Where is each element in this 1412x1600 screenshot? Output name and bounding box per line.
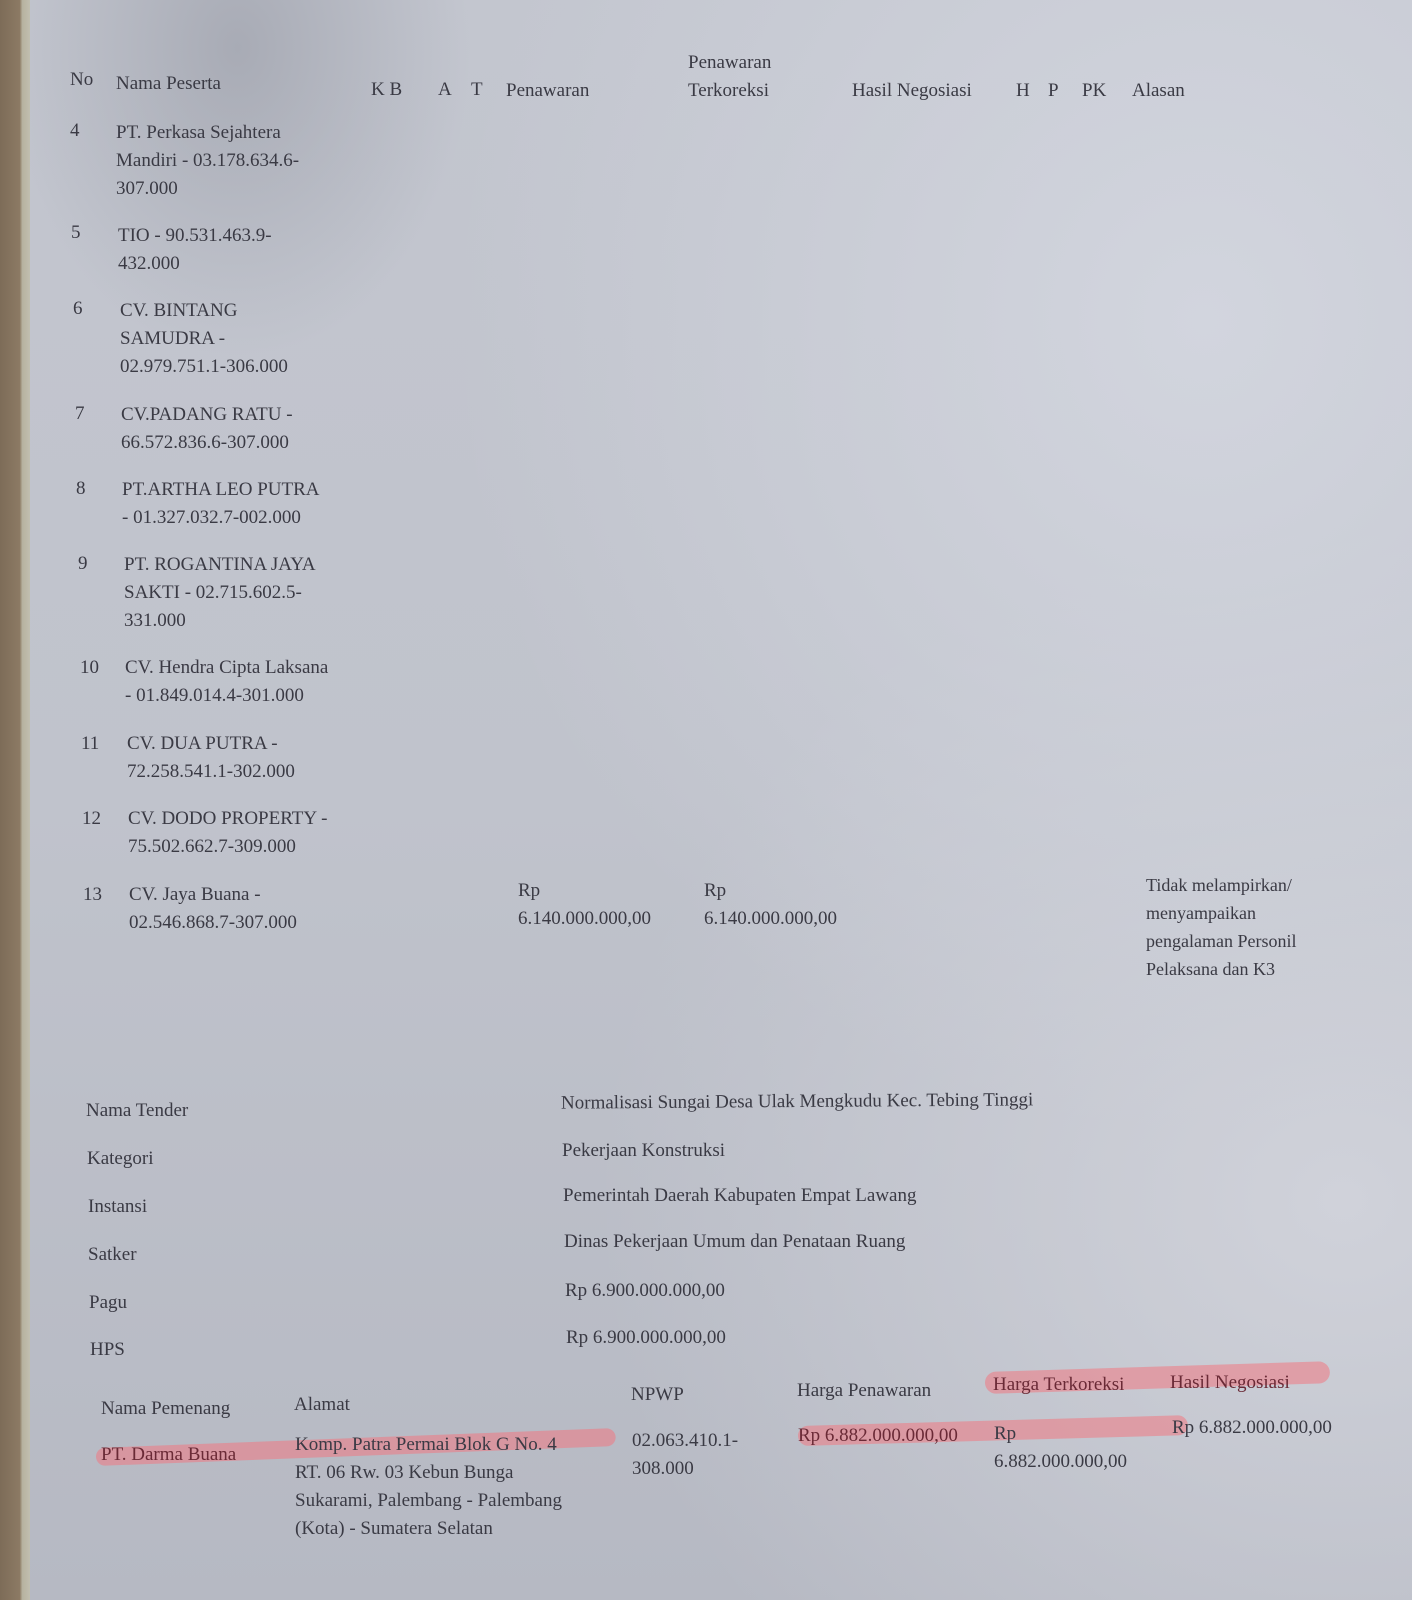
label-nama-tender: Nama Tender <box>86 1097 188 1125</box>
value-satker: Dinas Pekerjaan Umum dan Penataan Ruang <box>564 1228 905 1256</box>
label-kategori: Kategori <box>87 1145 153 1173</box>
label-hps: HPS <box>90 1336 125 1364</box>
row-nama-peserta: CV. BINTANG SAMUDRA - 02.979.751.1-306.0… <box>120 297 288 381</box>
header-no: No <box>70 66 93 94</box>
row-no: 4 <box>70 117 94 145</box>
label-pagu: Pagu <box>89 1289 127 1317</box>
row-no: 7 <box>75 400 99 428</box>
winner-hasil-negosiasi: Rp 6.882.000.000,00 <box>1172 1414 1332 1442</box>
header-alasan: Alasan <box>1132 77 1185 105</box>
row-penawaran: Rp 6.140.000.000,00 <box>518 877 651 933</box>
row-nama-peserta: CV. Jaya Buana - 02.546.868.7-307.000 <box>129 881 297 937</box>
value-nama-tender: Normalisasi Sungai Desa Ulak Mengkudu Ke… <box>561 1086 1033 1117</box>
row-no: 10 <box>80 654 104 682</box>
header-npwp: NPWP <box>631 1381 684 1409</box>
label-satker: Satker <box>88 1241 137 1269</box>
winner-name: PT. Darma Buana <box>101 1441 236 1469</box>
value-pagu: Rp 6.900.000.000,00 <box>565 1277 725 1305</box>
label-instansi: Instansi <box>88 1193 147 1221</box>
row-no: 13 <box>83 881 107 909</box>
header-harga-penawaran: Harga Penawaran <box>797 1377 931 1405</box>
row-no: 6 <box>73 295 97 323</box>
header-a: A <box>438 76 452 104</box>
header-nama-peserta: Nama Peserta <box>116 70 221 98</box>
header-penawaran-terkoreksi-line1: Penawaran <box>688 49 771 77</box>
header-alamat: Alamat <box>294 1391 350 1419</box>
row-nama-peserta: PT. Perkasa Sejahtera Mandiri - 03.178.6… <box>116 119 299 203</box>
row-nama-peserta: CV. Hendra Cipta Laksana - 01.849.014.4-… <box>125 654 328 710</box>
header-h: H <box>1016 77 1030 105</box>
row-nama-peserta: CV.PADANG RATU - 66.572.836.6-307.000 <box>121 401 293 457</box>
row-no: 5 <box>71 219 95 247</box>
header-pk: PK <box>1082 77 1106 105</box>
row-no: 9 <box>78 550 102 578</box>
row-nama-peserta: CV. DUA PUTRA - 72.258.541.1-302.000 <box>127 730 295 786</box>
row-no: 12 <box>82 805 106 833</box>
value-hps: Rp 6.900.000.000,00 <box>566 1324 726 1352</box>
winner-harga-terkoreksi: Rp 6.882.000.000,00 <box>994 1420 1127 1476</box>
row-alasan: Tidak melampirkan/ menyampaikan pengalam… <box>1146 871 1296 983</box>
header-p: P <box>1048 77 1059 105</box>
row-penawaran-terkoreksi: Rp 6.140.000.000,00 <box>704 877 837 933</box>
header-penawaran-terkoreksi-line2: Terkoreksi <box>688 77 769 105</box>
value-instansi: Pemerintah Daerah Kabupaten Empat Lawang <box>563 1182 916 1210</box>
header-t: T <box>471 76 483 104</box>
row-no: 8 <box>76 475 100 503</box>
row-nama-peserta: TIO - 90.531.463.9- 432.000 <box>118 222 272 278</box>
header-penawaran: Penawaran <box>506 77 589 105</box>
winner-address: Komp. Patra Permai Blok G No. 4 RT. 06 R… <box>295 1431 562 1543</box>
row-no: 11 <box>81 730 105 758</box>
row-nama-peserta: PT.ARTHA LEO PUTRA - 01.327.032.7-002.00… <box>122 476 320 532</box>
header-hasil-negosiasi: Hasil Negosiasi <box>1170 1369 1290 1397</box>
row-nama-peserta: PT. ROGANTINA JAYA SAKTI - 02.715.602.5-… <box>124 551 316 635</box>
row-nama-peserta: CV. DODO PROPERTY - 75.502.662.7-309.000 <box>128 805 327 861</box>
header-nama-pemenang: Nama Pemenang <box>101 1395 230 1423</box>
header-hasil-negosiasi: Hasil Negosiasi <box>852 77 972 105</box>
value-kategori: Pekerjaan Konstruksi <box>562 1137 725 1165</box>
winner-npwp: 02.063.410.1- 308.000 <box>632 1427 738 1483</box>
header-kb: K B <box>371 76 402 104</box>
header-harga-terkoreksi: Harga Terkoreksi <box>993 1371 1124 1399</box>
winner-harga-penawaran: Rp 6.882.000.000,00 <box>798 1422 958 1450</box>
